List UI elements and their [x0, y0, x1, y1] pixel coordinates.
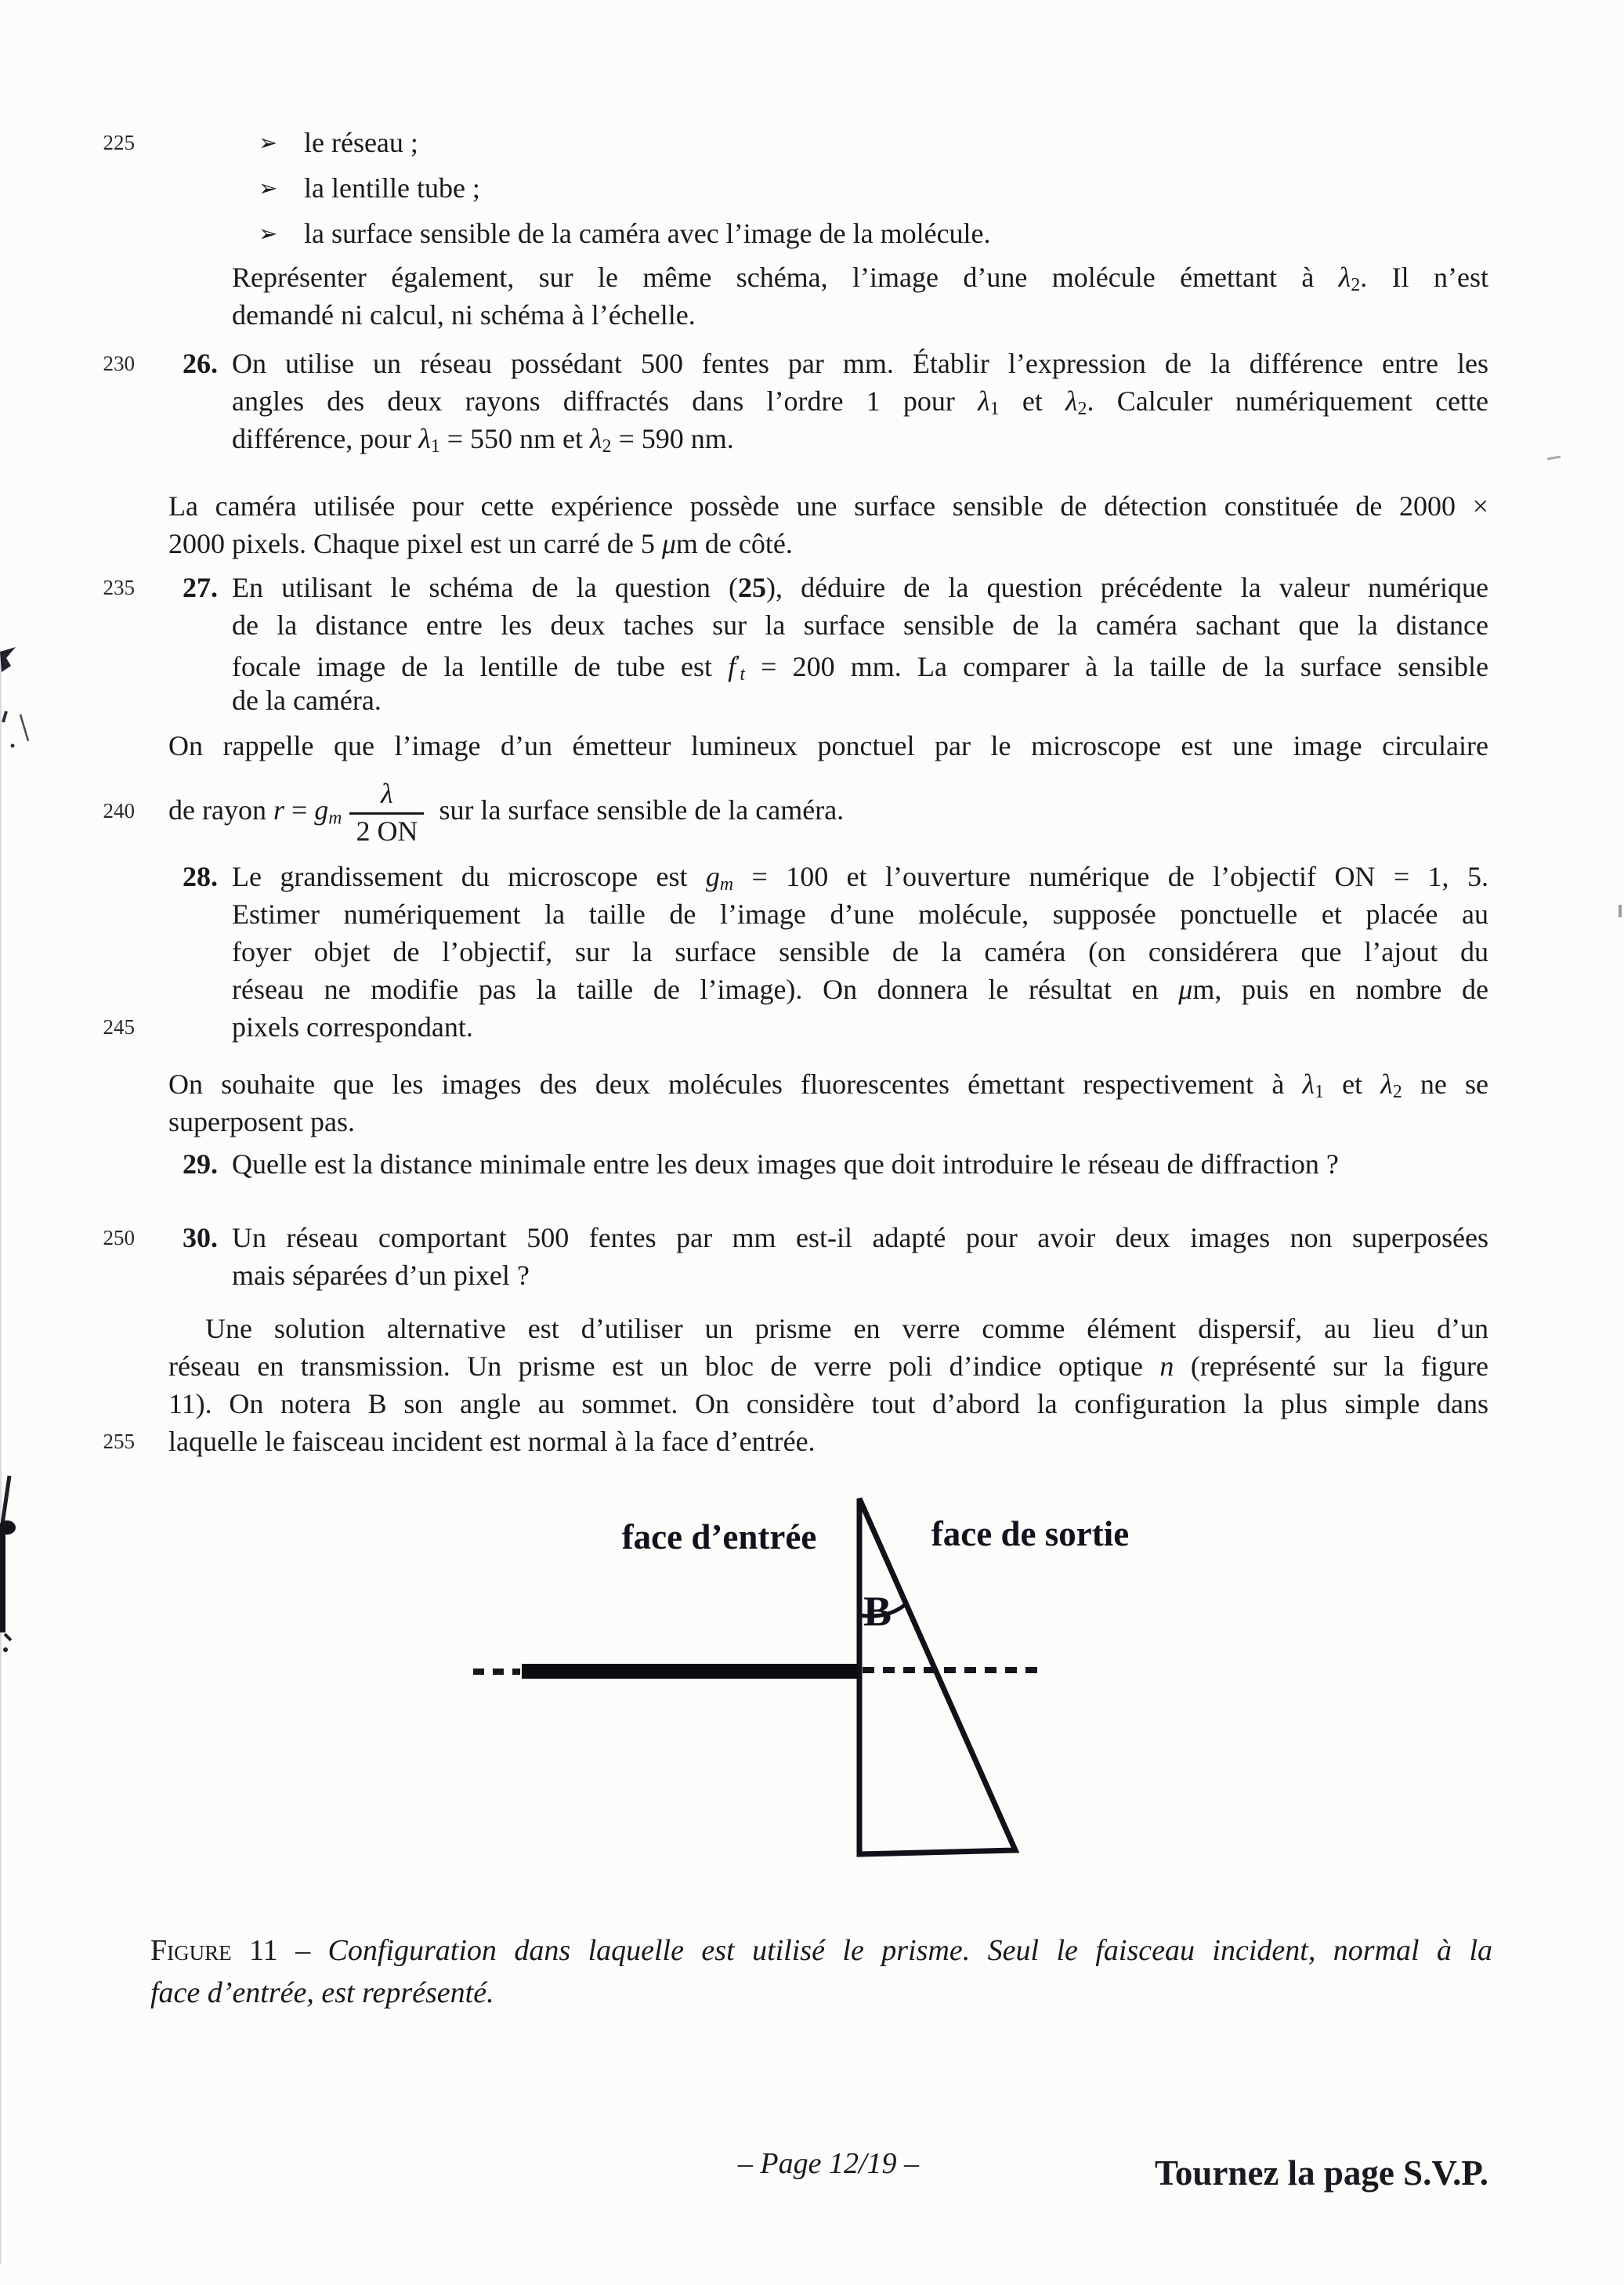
- scan-artifact: [20, 714, 28, 741]
- scan-artifact: [2, 1476, 9, 1524]
- scan-artifact: [5, 1634, 11, 1640]
- scanned-exam-page: ➢le réseau ;225➢la lentille tube ;➢la su…: [0, 0, 1624, 2285]
- scan-edge-line: [0, 650, 2, 2264]
- scan-artifact: [0, 1529, 5, 1632]
- scan-artifact: [3, 1647, 8, 1652]
- scan-artifact: [1619, 905, 1622, 917]
- scan-artifact: [0, 647, 16, 672]
- scan-artifact: [3, 711, 6, 722]
- scan-artifacts: [0, 0, 1624, 2285]
- scan-artifact: [1547, 457, 1561, 459]
- scan-artifact: [11, 744, 15, 748]
